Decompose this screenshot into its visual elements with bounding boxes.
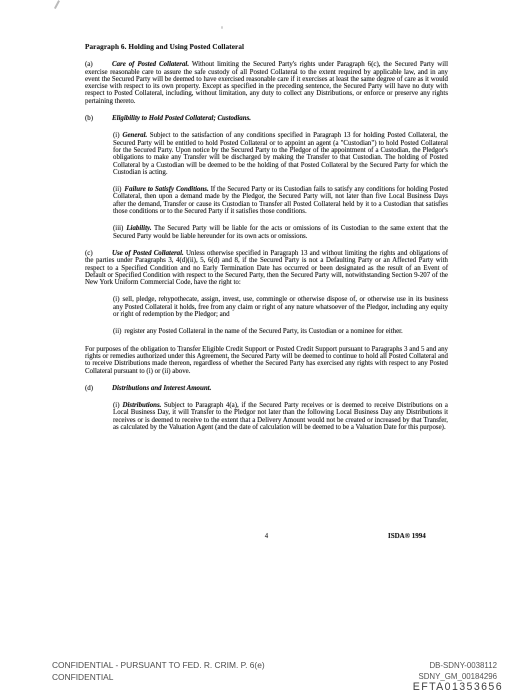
paragraph-c-heading: Use of Posted Collateral.: [112, 250, 184, 257]
paragraph-b-i: (i)General. Subject to the satisfaction …: [113, 132, 448, 176]
production-stamp: DB-SDNY-0038112 SDNY_GM_00184296 EFTA013…: [413, 660, 497, 693]
paragraph-c: (c)Use of Posted Collateral. Unless othe…: [85, 250, 448, 286]
isda-imprint: ISDA® 1994: [388, 532, 426, 540]
paragraph-c-closing: For purposes of the obligation to Transf…: [85, 346, 448, 375]
paragraph-b-i-heading: General.: [123, 132, 148, 139]
paragraph-c-i: (i)sell, pledge, rehypothecate, assign, …: [113, 296, 448, 318]
production-number-1: DB-SDNY-0038112: [413, 660, 497, 671]
scanned-document-page: Paragraph 6. Holding and Using Posted Co…: [0, 0, 512, 699]
paragraph-d-label: (d): [85, 385, 112, 392]
paragraph-a-label: (a): [85, 61, 112, 68]
confidentiality-stamp-line2: CONFIDENTIAL: [52, 671, 265, 683]
paragraph-c-ii-label: (ii): [113, 328, 121, 335]
document-body: Paragraph 6. Holding and Using Posted Co…: [85, 44, 448, 441]
paragraph-b-iii: (iii)Liability. The Secured Party will b…: [113, 225, 448, 240]
paragraph-d-i-text: Subject to Paragraph 4(a), if the Secure…: [113, 402, 448, 431]
paragraph-b-label: (b): [85, 115, 112, 122]
paragraph-c-i-label: (i): [113, 296, 120, 303]
paragraph-b: (b)Eligibility to Hold Posted Collateral…: [85, 115, 448, 122]
paragraph-a: (a)Care of Posted Collateral. Without li…: [85, 61, 448, 105]
scan-artifact-speck: [221, 26, 223, 29]
confidentiality-stamp: CONFIDENTIAL - PURSUANT TO FED. R. CRIM.…: [52, 659, 265, 683]
paragraph-b-ii: (ii)Failure to Satisfy Conditions. If th…: [113, 186, 448, 215]
paragraph-b-iii-label: (iii): [113, 225, 123, 232]
paragraph-d: (d)Distributions and Interest Amount.: [85, 385, 448, 392]
paragraph-a-heading: Care of Posted Collateral.: [112, 61, 189, 68]
paragraph-b-i-label: (i): [113, 132, 120, 139]
paragraph-b-heading: Eligibility to Hold Posted Collateral; C…: [112, 115, 251, 122]
paragraph-b-iii-text: The Secured Party will be liable for the…: [113, 225, 448, 239]
paragraph-c-ii-text: register any Posted Collateral in the na…: [124, 328, 402, 335]
bates-number: EFTA01353656: [413, 682, 503, 693]
paragraph-c-i-text: sell, pledge, rehypothecate, assign, inv…: [113, 296, 448, 318]
paragraph-a-text: Without limiting the Secured Party's rig…: [85, 61, 448, 104]
section-title: Paragraph 6. Holding and Using Posted Co…: [85, 44, 448, 51]
paragraph-b-iii-heading: Liability.: [126, 225, 151, 232]
paragraph-c-ii: (ii)register any Posted Collateral in th…: [113, 328, 448, 335]
scan-artifact-mark: [54, 0, 60, 9]
paragraph-d-i: (i)Distributions. Subject to Paragraph 4…: [113, 402, 448, 431]
paragraph-b-i-text: Subject to the satisfaction of any condi…: [113, 132, 448, 175]
paragraph-d-heading: Distributions and Interest Amount.: [112, 385, 211, 392]
confidentiality-stamp-line1: CONFIDENTIAL - PURSUANT TO FED. R. CRIM.…: [52, 659, 265, 671]
